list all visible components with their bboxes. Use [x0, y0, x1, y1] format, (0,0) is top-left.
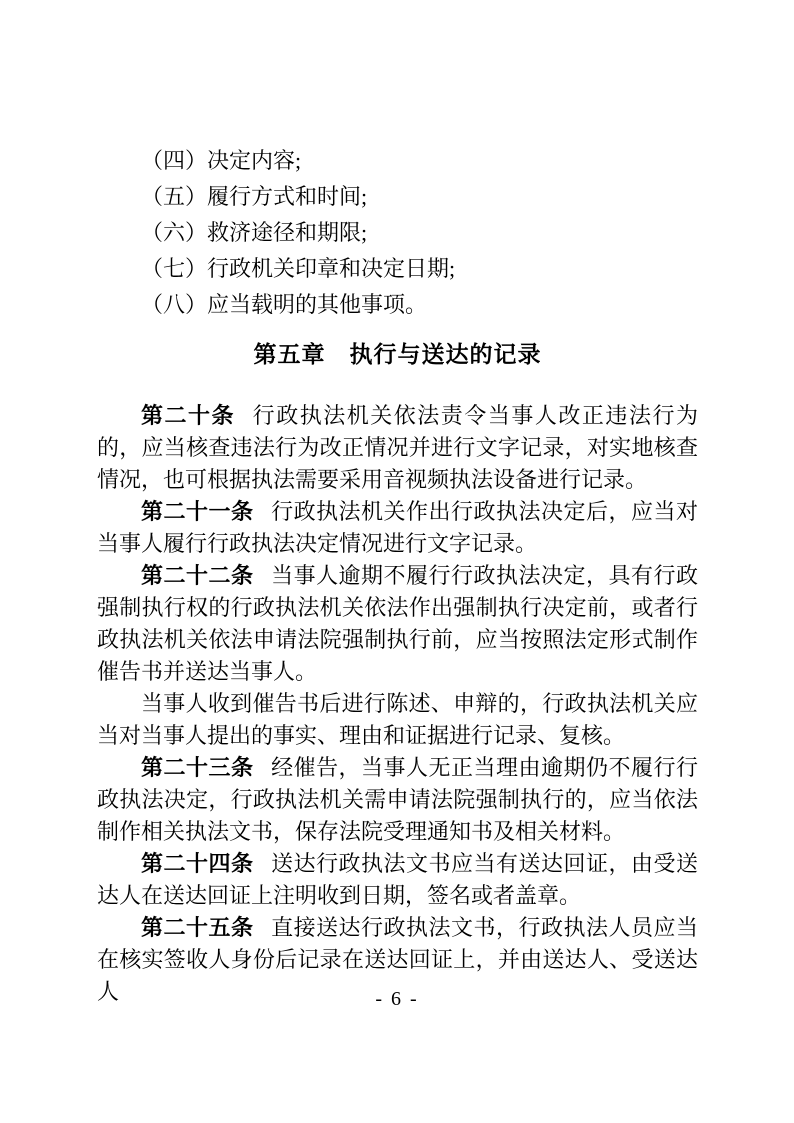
list-item: （八）应当载明的其他事项。 [97, 287, 698, 323]
article-paragraph: 第二十一条行政执法机关作出行政执法决定后，应当对当事人履行行政执法决定情况进行文… [97, 496, 698, 560]
chapter-heading: 第五章 执行与送达的记录 [97, 340, 698, 370]
article-paragraph: 第二十二条当事人逾期不履行行政执法决定，具有行政强制执行权的行政执法机关依法作出… [97, 560, 698, 688]
list-item: （四）决定内容; [97, 143, 698, 179]
page-content: （四）决定内容; （五）履行方式和时间; （六）救济途径和期限; （七）行政机关… [97, 143, 698, 1008]
list-item: （六）救济途径和期限; [97, 215, 698, 251]
list-item: （五）履行方式和时间; [97, 179, 698, 215]
article-paragraph: 第二十条行政执法机关依法责令当事人改正违法行为的，应当核查违法行为改正情况并进行… [97, 400, 698, 496]
document-page: （四）决定内容; （五）履行方式和时间; （六）救济途径和期限; （七）行政机关… [0, 0, 794, 1123]
article-paragraph: 当事人收到催告书后进行陈述、申辩的，行政执法机关应当对当事人提出的事实、理由和证… [97, 688, 698, 752]
article-paragraph: 第二十四条送达行政执法文书应当有送达回证，由受送达人在送达回证上注明收到日期，签… [97, 848, 698, 912]
article-number: 第二十二条 [141, 563, 253, 588]
article-paragraph: 第二十三条经催告，当事人无正当理由逾期仍不履行行政执法决定，行政执法机关需申请法… [97, 752, 698, 848]
article-number: 第二十条 [141, 403, 235, 428]
article-number: 第二十一条 [141, 499, 253, 524]
article-text: 当事人收到催告书后进行陈述、申辩的，行政执法机关应当对当事人提出的事实、理由和证… [97, 691, 698, 748]
page-number: - 6 - [0, 988, 794, 1011]
article-number: 第二十三条 [141, 755, 253, 780]
article-number: 第二十五条 [141, 915, 253, 940]
article-number: 第二十四条 [141, 851, 253, 876]
list-item: （七）行政机关印章和决定日期; [97, 251, 698, 287]
